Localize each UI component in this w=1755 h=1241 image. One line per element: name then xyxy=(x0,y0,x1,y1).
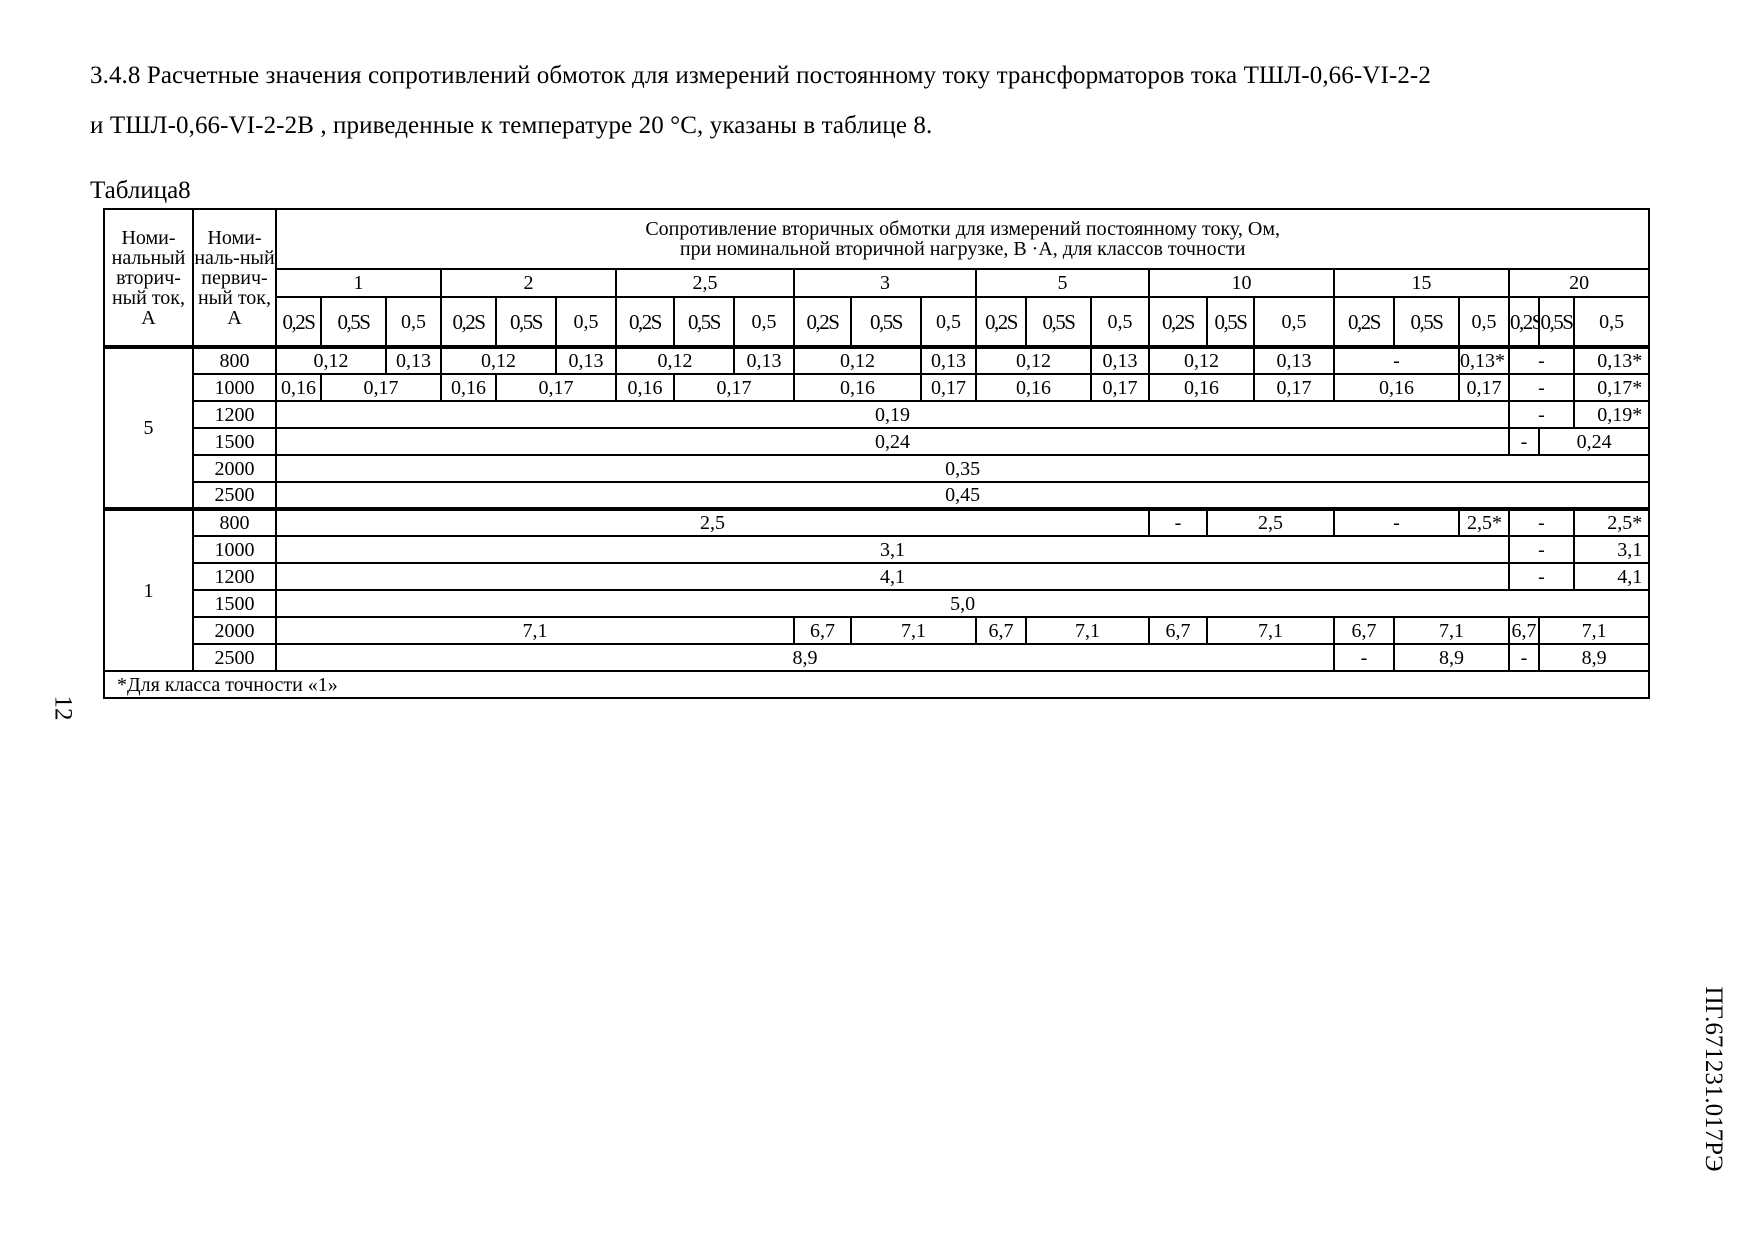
value-cell: 6,7 xyxy=(794,617,851,644)
value-cell: - xyxy=(1509,644,1539,671)
class-header: 0,5 xyxy=(1574,297,1649,347)
class-header: 0,2S xyxy=(1509,297,1539,347)
footnote-row: *Для класса точности «1» xyxy=(104,671,1649,698)
class-header: 0,5S xyxy=(321,297,386,347)
table-row: 10000,160,170,160,170,160,170,160,170,16… xyxy=(104,374,1649,401)
load-header-2: 2,5 xyxy=(616,269,794,297)
value-cell: 0,24 xyxy=(276,428,1509,455)
primary-current-cell: 1200 xyxy=(193,563,276,590)
value-cell: 0,16 xyxy=(1334,374,1459,401)
primary-current-cell: 2000 xyxy=(193,617,276,644)
value-cell: 0,16 xyxy=(616,374,674,401)
class-header: 0,5 xyxy=(386,297,441,347)
class-header: 0,2S xyxy=(441,297,496,347)
value-cell: 0,12 xyxy=(616,347,734,374)
value-cell: 0,13 xyxy=(386,347,441,374)
value-cell: 0,12 xyxy=(441,347,556,374)
value-cell: - xyxy=(1334,347,1459,374)
primary-current-cell: 800 xyxy=(193,347,276,374)
table-caption: Таблица8 xyxy=(90,177,191,205)
table-row: 20000,35 xyxy=(104,455,1649,482)
primary-current-cell: 1500 xyxy=(193,428,276,455)
paragraph-line-1: 3.4.8 Расчетные значения сопротивлений о… xyxy=(90,62,1431,90)
class-header: 0,2S xyxy=(1334,297,1394,347)
header-secondary-current: Номи-нальный вторич-ный ток, А xyxy=(104,209,193,347)
class-header: 0,5S xyxy=(1394,297,1459,347)
value-cell: 0,16 xyxy=(1149,374,1254,401)
class-header: 0,5 xyxy=(1254,297,1334,347)
value-cell: 7,1 xyxy=(276,617,794,644)
value-cell: 0,17 xyxy=(921,374,976,401)
primary-current-cell: 800 xyxy=(193,509,276,536)
value-cell: 6,7 xyxy=(1509,617,1539,644)
table-row: 20007,16,77,16,77,16,77,16,77,16,77,1 xyxy=(104,617,1649,644)
value-cell: 4,1 xyxy=(276,563,1509,590)
footnote: *Для класса точности «1» xyxy=(104,671,1649,698)
value-cell: 7,1 xyxy=(1026,617,1149,644)
value-cell: 7,1 xyxy=(1207,617,1334,644)
value-cell: 0,16 xyxy=(976,374,1091,401)
class-header: 0,5S xyxy=(1539,297,1574,347)
value-cell: 0,13 xyxy=(556,347,616,374)
class-header: 0,5S xyxy=(496,297,556,347)
load-header-6: 15 xyxy=(1334,269,1509,297)
value-cell: 3,1 xyxy=(276,536,1509,563)
value-cell: - xyxy=(1509,347,1574,374)
value-cell: 0,13 xyxy=(1254,347,1334,374)
value-cell: 7,1 xyxy=(1539,617,1649,644)
class-header: 0,2S xyxy=(616,297,674,347)
value-cell: 3,1 xyxy=(1574,536,1649,563)
table-row: 10003,1-3,1 xyxy=(104,536,1649,563)
value-cell: 2,5 xyxy=(276,509,1149,536)
class-header: 0,5 xyxy=(734,297,794,347)
value-cell: - xyxy=(1509,536,1574,563)
value-cell: 0,17 xyxy=(496,374,616,401)
header-loads-row: 122,535101520 xyxy=(104,269,1649,297)
value-cell: 7,1 xyxy=(851,617,976,644)
value-cell: 8,9 xyxy=(276,644,1334,671)
value-cell: 0,16 xyxy=(441,374,496,401)
value-cell: 2,5* xyxy=(1574,509,1649,536)
load-header-5: 10 xyxy=(1149,269,1334,297)
value-cell: 6,7 xyxy=(976,617,1026,644)
value-cell: 0,17 xyxy=(1091,374,1149,401)
table-row: 12000,19-0,19* xyxy=(104,401,1649,428)
class-header: 0,2S xyxy=(276,297,321,347)
document-id: ПГ.671231.017РЭ xyxy=(1699,949,1727,1209)
secondary-current-cell: 1 xyxy=(104,509,193,671)
value-cell: - xyxy=(1509,509,1574,536)
value-cell: 0,17* xyxy=(1574,374,1649,401)
header-resistance-title: Сопротивление вторичных обмотки для изме… xyxy=(276,209,1649,269)
value-cell: - xyxy=(1509,401,1574,428)
header-resistance-title-line1: Сопротивление вторичных обмотки для изме… xyxy=(277,219,1648,239)
load-header-7: 20 xyxy=(1509,269,1649,297)
class-header: 0,2S xyxy=(1149,297,1207,347)
value-cell: 0,12 xyxy=(794,347,921,374)
value-cell: 0,12 xyxy=(276,347,386,374)
value-cell: - xyxy=(1509,428,1539,455)
value-cell: 2,5* xyxy=(1459,509,1509,536)
class-header: 0,2S xyxy=(794,297,851,347)
value-cell: 8,9 xyxy=(1394,644,1509,671)
value-cell: 0,13* xyxy=(1574,347,1649,374)
header-row-1: Номи-нальный вторич-ный ток, А Номи-наль… xyxy=(104,209,1649,269)
table-row: 12004,1-4,1 xyxy=(104,563,1649,590)
value-cell: 5,0 xyxy=(276,590,1649,617)
table-row: 25008,9-8,9-8,9 xyxy=(104,644,1649,671)
class-header: 0,2S xyxy=(976,297,1026,347)
primary-current-cell: 1200 xyxy=(193,401,276,428)
header-classes-row: 0,2S0,5S0,50,2S0,5S0,50,2S0,5S0,50,2S0,5… xyxy=(104,297,1649,347)
value-cell: 0,13 xyxy=(1091,347,1149,374)
value-cell: 0,13* xyxy=(1459,347,1509,374)
value-cell: 0,12 xyxy=(976,347,1091,374)
load-header-4: 5 xyxy=(976,269,1149,297)
class-header: 0,5S xyxy=(1207,297,1254,347)
class-header: 0,5 xyxy=(1091,297,1149,347)
value-cell: 6,7 xyxy=(1334,617,1394,644)
value-cell: - xyxy=(1509,563,1574,590)
paragraph-line-2: и ТШЛ-0,66-VI-2-2В , приведенные к темпе… xyxy=(90,112,932,140)
value-cell: 0,35 xyxy=(276,455,1649,482)
value-cell: - xyxy=(1509,374,1574,401)
primary-current-cell: 1500 xyxy=(193,590,276,617)
load-header-3: 3 xyxy=(794,269,976,297)
class-header: 0,5S xyxy=(851,297,921,347)
value-cell: 0,13 xyxy=(734,347,794,374)
table-row: 25000,45 xyxy=(104,482,1649,509)
value-cell: 0,16 xyxy=(276,374,321,401)
primary-current-cell: 1000 xyxy=(193,536,276,563)
value-cell: 0,45 xyxy=(276,482,1649,509)
table-row: 58000,120,130,120,130,120,130,120,130,12… xyxy=(104,347,1649,374)
class-header: 0,5 xyxy=(1459,297,1509,347)
value-cell: 0,16 xyxy=(794,374,921,401)
value-cell: 0,17 xyxy=(321,374,441,401)
class-header: 0,5 xyxy=(921,297,976,347)
value-cell: 0,19 xyxy=(276,401,1509,428)
value-cell: 8,9 xyxy=(1539,644,1649,671)
value-cell: 0,12 xyxy=(1149,347,1254,374)
secondary-current-cell: 5 xyxy=(104,347,193,509)
value-cell: 4,1 xyxy=(1574,563,1649,590)
primary-current-cell: 2000 xyxy=(193,455,276,482)
page-number: 12 xyxy=(49,696,77,721)
header-resistance-title-line2: при номинальной вторичной нагрузке, В ·А… xyxy=(277,239,1648,259)
table-row: 15000,24-0,24 xyxy=(104,428,1649,455)
table-row: 15005,0 xyxy=(104,590,1649,617)
class-header: 0,5 xyxy=(556,297,616,347)
value-cell: - xyxy=(1149,509,1207,536)
class-header: 0,5S xyxy=(1026,297,1091,347)
primary-current-cell: 2500 xyxy=(193,482,276,509)
value-cell: 0,17 xyxy=(674,374,794,401)
value-cell: 0,19* xyxy=(1574,401,1649,428)
resistance-table: Номи-нальный вторич-ный ток, А Номи-наль… xyxy=(103,208,1650,699)
load-header-0: 1 xyxy=(276,269,441,297)
value-cell: - xyxy=(1334,644,1394,671)
value-cell: 2,5 xyxy=(1207,509,1334,536)
header-primary-current: Номи-наль-ный первич-ный ток, А xyxy=(193,209,276,347)
value-cell: 0,17 xyxy=(1254,374,1334,401)
value-cell: 0,17 xyxy=(1459,374,1509,401)
value-cell: 6,7 xyxy=(1149,617,1207,644)
value-cell: 7,1 xyxy=(1394,617,1509,644)
value-cell: 0,24 xyxy=(1539,428,1649,455)
primary-current-cell: 2500 xyxy=(193,644,276,671)
class-header: 0,5S xyxy=(674,297,734,347)
primary-current-cell: 1000 xyxy=(193,374,276,401)
value-cell: 0,13 xyxy=(921,347,976,374)
table-row: 18002,5-2,5-2,5*-2,5* xyxy=(104,509,1649,536)
load-header-1: 2 xyxy=(441,269,616,297)
value-cell: - xyxy=(1334,509,1459,536)
